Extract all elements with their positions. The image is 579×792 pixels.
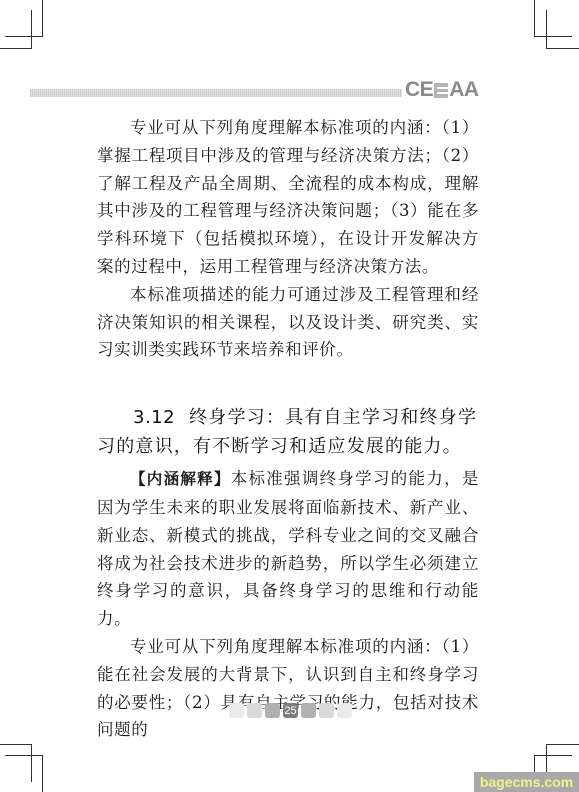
crop-mark-line (546, 10, 547, 49)
pager-square (265, 703, 280, 718)
logo-text-right: AA (449, 79, 478, 101)
page-number: 25 (283, 703, 298, 718)
crop-mark-line (42, 0, 43, 37)
crop-mark-line (546, 48, 579, 49)
header-rule (30, 89, 402, 97)
pager-square (319, 703, 334, 718)
pager-square (247, 703, 262, 718)
pager-square (301, 703, 316, 718)
section-heading: 3.12终身学习：具有自主学习和终身学习的意识，有不断学习和适应发展的能力。 (97, 403, 479, 461)
pager-square (229, 703, 244, 718)
watermark: bagecms.com (474, 772, 579, 792)
interpretation-text: 本标准强调终身学习的能力，是因为学生未来的职业发展将面临新技术、新产业、新业态、… (97, 469, 479, 628)
crop-mark-line (534, 755, 572, 756)
page-body: 专业可从下列角度理解本标准项的内涵：（1）掌握工程项目中涉及的管理与经济决策方法… (97, 114, 479, 744)
ceeaa-logo: CE AA (405, 79, 479, 101)
crop-mark-line (31, 744, 32, 782)
crop-mark-line (5, 755, 43, 756)
section-number: 3.12 (133, 407, 175, 428)
logo-e-glyph-icon (434, 83, 448, 98)
body-paragraph: 本标准项描述的能力可通过涉及工程管理和经济决策知识的相关课程，以及设计类、研究类… (97, 281, 479, 364)
logo-text-left: CE (405, 79, 433, 101)
interpretation-paragraph: 【内涵解释】本标准强调终身学习的能力，是因为学生未来的职业发展将面临新技术、新产… (97, 465, 479, 633)
pager-square (337, 703, 352, 718)
crop-mark-line (0, 744, 32, 745)
crop-mark-line (534, 36, 572, 37)
crop-mark-line (0, 48, 32, 49)
crop-mark-line (534, 0, 535, 37)
crop-mark-line (31, 10, 32, 49)
crop-mark-line (546, 744, 579, 745)
body-paragraph: 专业可从下列角度理解本标准项的内涵：（1）能在社会发展的大背景下，认识到自主和终… (97, 633, 479, 744)
page-number-strip: 25 (229, 703, 352, 718)
crop-mark-line (42, 755, 43, 792)
body-paragraph: 专业可从下列角度理解本标准项的内涵：（1）掌握工程项目中涉及的管理与经济决策方法… (97, 114, 479, 281)
crop-mark-line (5, 36, 43, 37)
interpretation-label: 【内涵解释】 (130, 470, 231, 488)
